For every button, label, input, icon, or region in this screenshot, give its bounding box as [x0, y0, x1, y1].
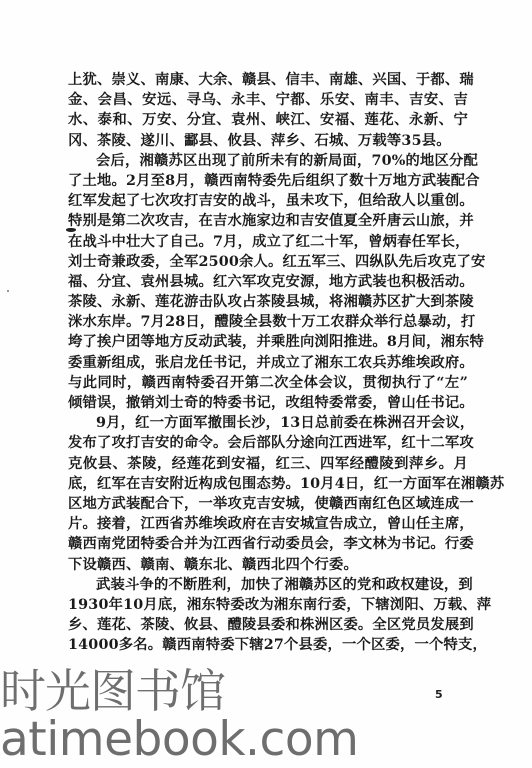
text-line: 与此同时，赣西南特委召开第二次全体会议，贯彻执行了“左”	[68, 373, 468, 393]
text-line: 福、分宜、袁州县城。红六军攻克安源，地方武装也积极活动。	[68, 272, 468, 292]
text-line: 水、泰和、万安、分宜、袁州、峡江、安福、莲花、永新、宁	[68, 110, 468, 130]
text-line: 底，红军在吉安附近构成包围态势。10月4日，红一方面军在湘赣苏	[68, 474, 468, 494]
text-line: 赣西南党团特委合并为江西省行动委员会，李文林为书记。行委	[68, 534, 468, 554]
page-number: 5	[435, 688, 443, 701]
text-line: 武装斗争的不断胜利，加快了湘赣苏区的党和政权建设，到	[68, 575, 468, 595]
watermark-url: atimebook.com	[0, 714, 358, 766]
text-line: 在战斗中壮大了自己。7月，成立了红二十军，曾炳春任军长，	[68, 232, 468, 252]
text-line: 发布了攻打吉安的命令。会后部队分途向江西进军，红十二军攻	[68, 433, 468, 453]
text-line: 片。接着，江西省苏维埃政府在吉安城宣告成立，曾山任主席，	[68, 514, 468, 534]
text-line: 倾错误，撤销刘士奇的特委书记，改组特委常委，曾山任书记。	[68, 393, 468, 413]
text-line: 区地方武装配合下，一举攻克吉安城，使赣西南红色区域连成一	[68, 494, 468, 514]
text-line: 洣水东岸。7月28日，醴陵全县数十万工农群众举行总暴动，打	[68, 312, 468, 332]
text-line: 特别是第二次攻吉，在吉水施家边和吉安值夏全歼唐云山旅，并	[68, 211, 468, 231]
body-text: 上犹、崇义、南康、大余、赣县、信丰、南雄、兴国、于都、瑞金、会昌、安远、寻乌、永…	[68, 70, 468, 655]
text-line: 上犹、崇义、南康、大余、赣县、信丰、南雄、兴国、于都、瑞	[68, 70, 468, 90]
text-line: 乡、莲花、茶陵、攸县、醴陵县委和株洲区委。全区党员发展到	[68, 615, 468, 635]
text-line: 垮了挨户团等地方反动武装，并乘胜向浏阳推进。8月间，湘东特	[68, 332, 468, 352]
text-line: 金、会昌、安远、寻乌、永丰、宁都、乐安、南丰、吉安、吉	[68, 90, 468, 110]
text-line: 冈、茶陵、遂川、酃县、攸县、萍乡、石城、万载等35县。	[68, 131, 468, 151]
ink-speck	[7, 290, 9, 292]
text-line: 9月，红一方面军撤围长沙，13日总前委在株洲召开会议，	[68, 413, 468, 433]
watermark-library-name: 时光图书馆	[0, 666, 225, 716]
text-line: 红军发起了七次攻打吉安的战斗，虽未攻下，但给敌人以重创。	[68, 191, 468, 211]
text-line: 委重新组成，张启龙任书记，并成立了湘东工农兵苏维埃政府。	[68, 353, 468, 373]
text-line: 茶陵、永新、莲花游击队攻占茶陵县城，将湘赣苏区扩大到茶陵	[68, 292, 468, 312]
text-line: 1930年10月底，湘东特委改为湘东南行委，下辖浏阳、万载、萍	[68, 595, 468, 615]
text-line: 了土地。2月至8月，赣西南特委先后组织了数十万地方武装配合	[68, 171, 468, 191]
book-page: 上犹、崇义、南康、大余、赣县、信丰、南雄、兴国、于都、瑞金、会昌、安远、寻乌、永…	[0, 0, 532, 768]
text-line: 刘士奇兼政委，全军2500余人。红五军三、四纵队先后攻克了安	[68, 252, 468, 272]
text-line: 会后，湘赣苏区出现了前所未有的新局面，70%的地区分配	[68, 151, 468, 171]
ink-mark	[66, 228, 76, 232]
text-line: 克攸县、茶陵，经莲花到安福，红三、四军经醴陵到萍乡。月	[68, 454, 468, 474]
text-line: 14000多名。赣西南特委下辖27个县委，一个区委，一个特支，	[68, 635, 468, 655]
text-line: 下设赣西、赣南、赣东北、赣西北四个行委。	[68, 555, 468, 575]
